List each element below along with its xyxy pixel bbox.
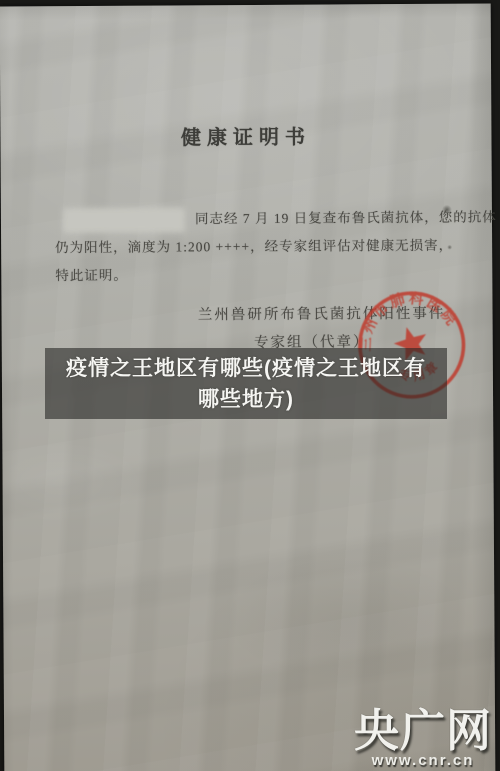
news-caption-band: 疫情之王地区有哪些(疫情之王地区有 哪些地方) — [45, 348, 447, 419]
caption-line-1: 疫情之王地区有哪些(疫情之王地区有 — [66, 353, 426, 384]
certificate-title: 健康证明书 — [0, 120, 491, 152]
caption-line-2: 哪些地方) — [198, 384, 294, 415]
cnr-logo-text: 央广网 — [354, 709, 492, 753]
certificate-body: 同志经 7 月 19 日复查布鲁氏菌抗体，您的抗体 仍为阳性，滴度为 1:200… — [55, 204, 455, 290]
body-line-2: 仍为阳性，滴度为 1:200 ++++，经专家组评估对健康无损害， — [55, 232, 454, 262]
ink-speck — [447, 245, 452, 250]
ink-speck — [442, 205, 452, 215]
cnr-url-text: www.cnr.cn — [354, 753, 492, 769]
body-line-1: 同志经 7 月 19 日复查布鲁氏菌抗体，您的抗体 — [55, 204, 454, 234]
body-line-3: 特此证明。 — [55, 260, 454, 290]
cnr-watermark: 央广网 www.cnr.cn — [354, 709, 492, 769]
